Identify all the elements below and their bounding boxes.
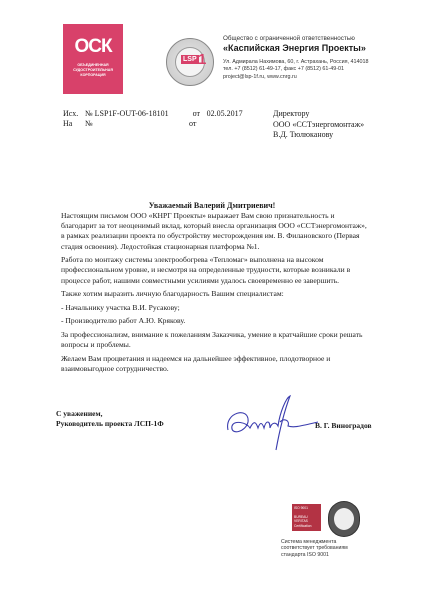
bureau-veritas-badge: ISO 9001 BUREAU VERITAS Certification — [292, 504, 321, 531]
bv-line: BUREAU VERITAS — [294, 515, 319, 523]
paragraph: За профессионализм, внимание к пожелания… — [61, 330, 371, 350]
in-from-label: от — [189, 119, 196, 129]
company-address: Ул. Адмирала Нахимова, 60, г. Астрахань,… — [223, 59, 369, 66]
lsp-seal-text: LSP — [181, 55, 199, 64]
company-form: Общество с ограниченной ответственностью — [223, 35, 369, 42]
iso-statement: Система менеджмента соответствует требов… — [281, 539, 348, 558]
num-label: № — [85, 109, 93, 119]
closing-phrase: С уважением, — [56, 409, 164, 419]
letter-body: Настоящим письмом ООО «КНРГ Проекты» выр… — [61, 211, 371, 378]
company-email-web: project@lsp-1f.ru, www.cnrg.ru — [223, 74, 369, 81]
addressee-name: В.Д. Тюлюканову — [273, 130, 364, 141]
osk-subtitle-line: КОРПОРАЦИЯ — [65, 73, 121, 78]
bv-line: Certification — [294, 524, 319, 528]
iso-line: соответствует требованиям — [281, 545, 348, 551]
out-number: LSP1F-OUT-06-18101 — [95, 109, 193, 119]
paragraph: Настоящим письмом ООО «КНРГ Проекты» выр… — [61, 211, 371, 252]
lsp-seal-number: 1 — [198, 51, 206, 68]
reference-block: Исх.№ LSP1F-OUT-06-18101от02.05.2017 На№… — [63, 109, 243, 128]
addressee-position: Директору — [273, 109, 364, 120]
bv-seal-inner — [334, 508, 354, 530]
lsp-seal-logo: LSP 1 — [166, 38, 214, 86]
list-item: - Начальнику участка В.И. Русакову; — [61, 303, 371, 313]
handwritten-signature — [220, 392, 320, 454]
paragraph: Также хотим выразить личную благодарност… — [61, 289, 371, 299]
osk-logo-subtitle: ОБЪЕДИНЕННАЯ СУДОСТРОИТЕЛЬНАЯ КОРПОРАЦИЯ — [65, 63, 121, 78]
osk-logo: ОСК ОБЪЕДИНЕННАЯ СУДОСТРОИТЕЛЬНАЯ КОРПОР… — [63, 24, 123, 94]
in-label: На — [63, 119, 85, 129]
paragraph: Желаем Вам процветания и надеемся на дал… — [61, 354, 371, 374]
paragraph: Работа по монтажу системы электрообогрев… — [61, 255, 371, 286]
bv-line: ISO 9001 — [294, 506, 319, 510]
signer-title: Руководитель проекта ЛСП-1Ф — [56, 419, 164, 429]
company-phone: тел. +7 (8512) 61-49-17, факс +7 (8512) … — [223, 66, 369, 73]
signer-name: В. Г. Виноградов — [315, 421, 372, 430]
company-name: «Каспийская Энергия Проекты» — [223, 43, 369, 53]
iso-line: стандарта ISO 9001 — [281, 552, 348, 558]
from-label: от — [193, 109, 207, 119]
addressee-company: ООО «ССТэнергомонтаж» — [273, 120, 364, 131]
in-num-label: № — [85, 119, 189, 129]
list-item: - Производителю работ А.Ю. Крякову. — [61, 316, 371, 326]
greeting: Уважаемый Валерий Дмитриевич! — [0, 201, 424, 210]
out-label: Исх. — [63, 109, 85, 119]
incoming-ref-row: На№от — [63, 119, 243, 129]
osk-logo-mark: ОСК — [63, 36, 123, 58]
outgoing-ref-row: Исх.№ LSP1F-OUT-06-18101от02.05.2017 — [63, 109, 243, 119]
company-header: Общество с ограниченной ответственностью… — [223, 35, 369, 81]
company-contacts: Ул. Адмирала Нахимова, 60, г. Астрахань,… — [223, 59, 369, 81]
closing-block: С уважением, Руководитель проекта ЛСП-1Ф — [56, 409, 164, 429]
addressee-block: Директору ООО «ССТэнергомонтаж» В.Д. Тюл… — [273, 109, 364, 141]
out-date: 02.05.2017 — [207, 109, 243, 119]
bureau-veritas-seal-icon — [328, 501, 360, 537]
